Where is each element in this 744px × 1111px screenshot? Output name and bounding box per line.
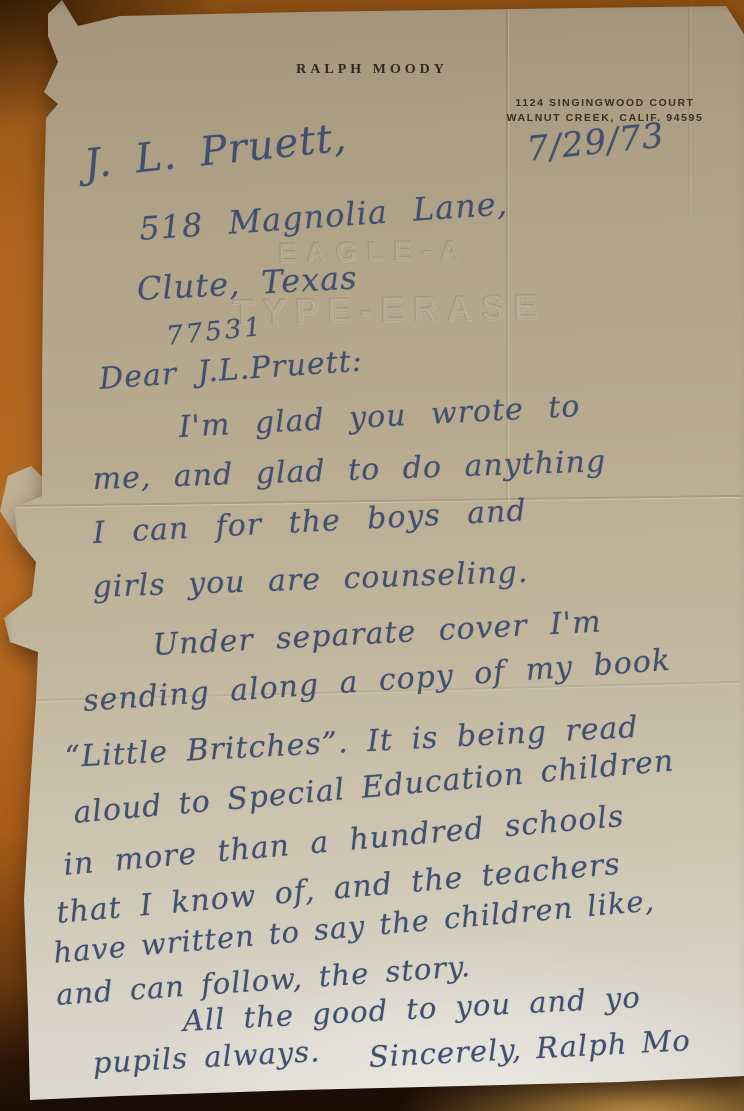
recipient-line: Clute, Texas — [136, 258, 358, 308]
letterhead-address-line1: 1124 SINGINGWOOD COURT — [470, 96, 740, 111]
recipient-line: 77531 — [165, 312, 265, 352]
body-line: I can for the boys and — [92, 493, 527, 551]
body-line: me, and glad to do anything — [92, 444, 607, 497]
photo-of-letter: RALPH MOODY 1124 SINGINGWOOD COURT WALNU… — [0, 0, 744, 1111]
letterhead-name: RALPH MOODY — [0, 62, 744, 78]
recipient-line: J. L. Pruett, — [82, 114, 349, 187]
paper-crease — [506, 8, 508, 502]
salutation-line: Dear J.L.Pruett: — [98, 344, 364, 397]
recipient-line: 518 Magnolia Lane, — [138, 184, 509, 248]
closing-line: pupils always. — [92, 1034, 321, 1080]
body-line: girls you are counseling. — [92, 555, 529, 605]
body-line: I'm glad you wrote to — [178, 389, 581, 445]
signature-line: Sincerely, Ralph Mo — [368, 1023, 692, 1074]
letter-paper: RALPH MOODY 1124 SINGINGWOOD COURT WALNU… — [0, 0, 744, 1111]
paper-shadow: RALPH MOODY 1124 SINGINGWOOD COURT WALNU… — [0, 0, 744, 1111]
